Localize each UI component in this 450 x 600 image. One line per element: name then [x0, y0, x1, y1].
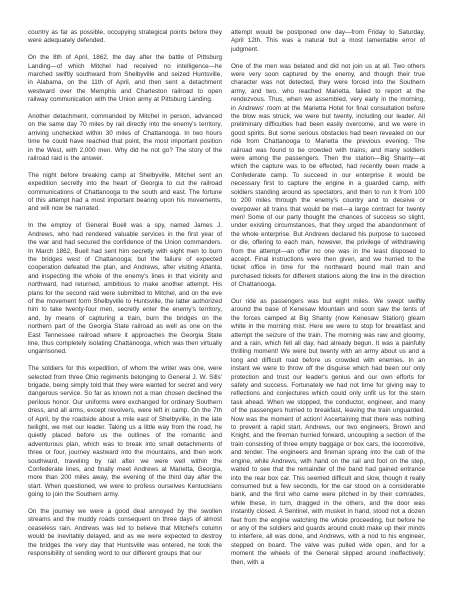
left-column: country as far as possible, occupying st… [28, 29, 222, 559]
paragraph: On the journey we were a good deal annoy… [28, 508, 222, 558]
paragraph: Another detachment, commanded by Mitchel… [28, 113, 222, 163]
paragraph: The night before breaking camp at Shelby… [28, 172, 222, 214]
paragraph: One of the men was belated and did not j… [231, 63, 425, 290]
paragraph: attempt would be postponed one day—from … [231, 29, 425, 54]
right-column: attempt would be postponed one day—from … [231, 29, 425, 567]
paragraph: Our ride as passengers was but eight mil… [231, 298, 425, 567]
paragraph: On the 8th of April, 1862, the day after… [28, 54, 222, 104]
two-column-text-body: country as far as possible, occupying st… [28, 29, 424, 567]
paragraph: country as far as possible, occupying st… [28, 29, 222, 46]
paragraph: The soldiers for this expedition, of who… [28, 365, 222, 500]
paragraph: In the employ of General Buell was a spy… [28, 222, 222, 357]
document-page: country as far as possible, occupying st… [0, 0, 450, 600]
